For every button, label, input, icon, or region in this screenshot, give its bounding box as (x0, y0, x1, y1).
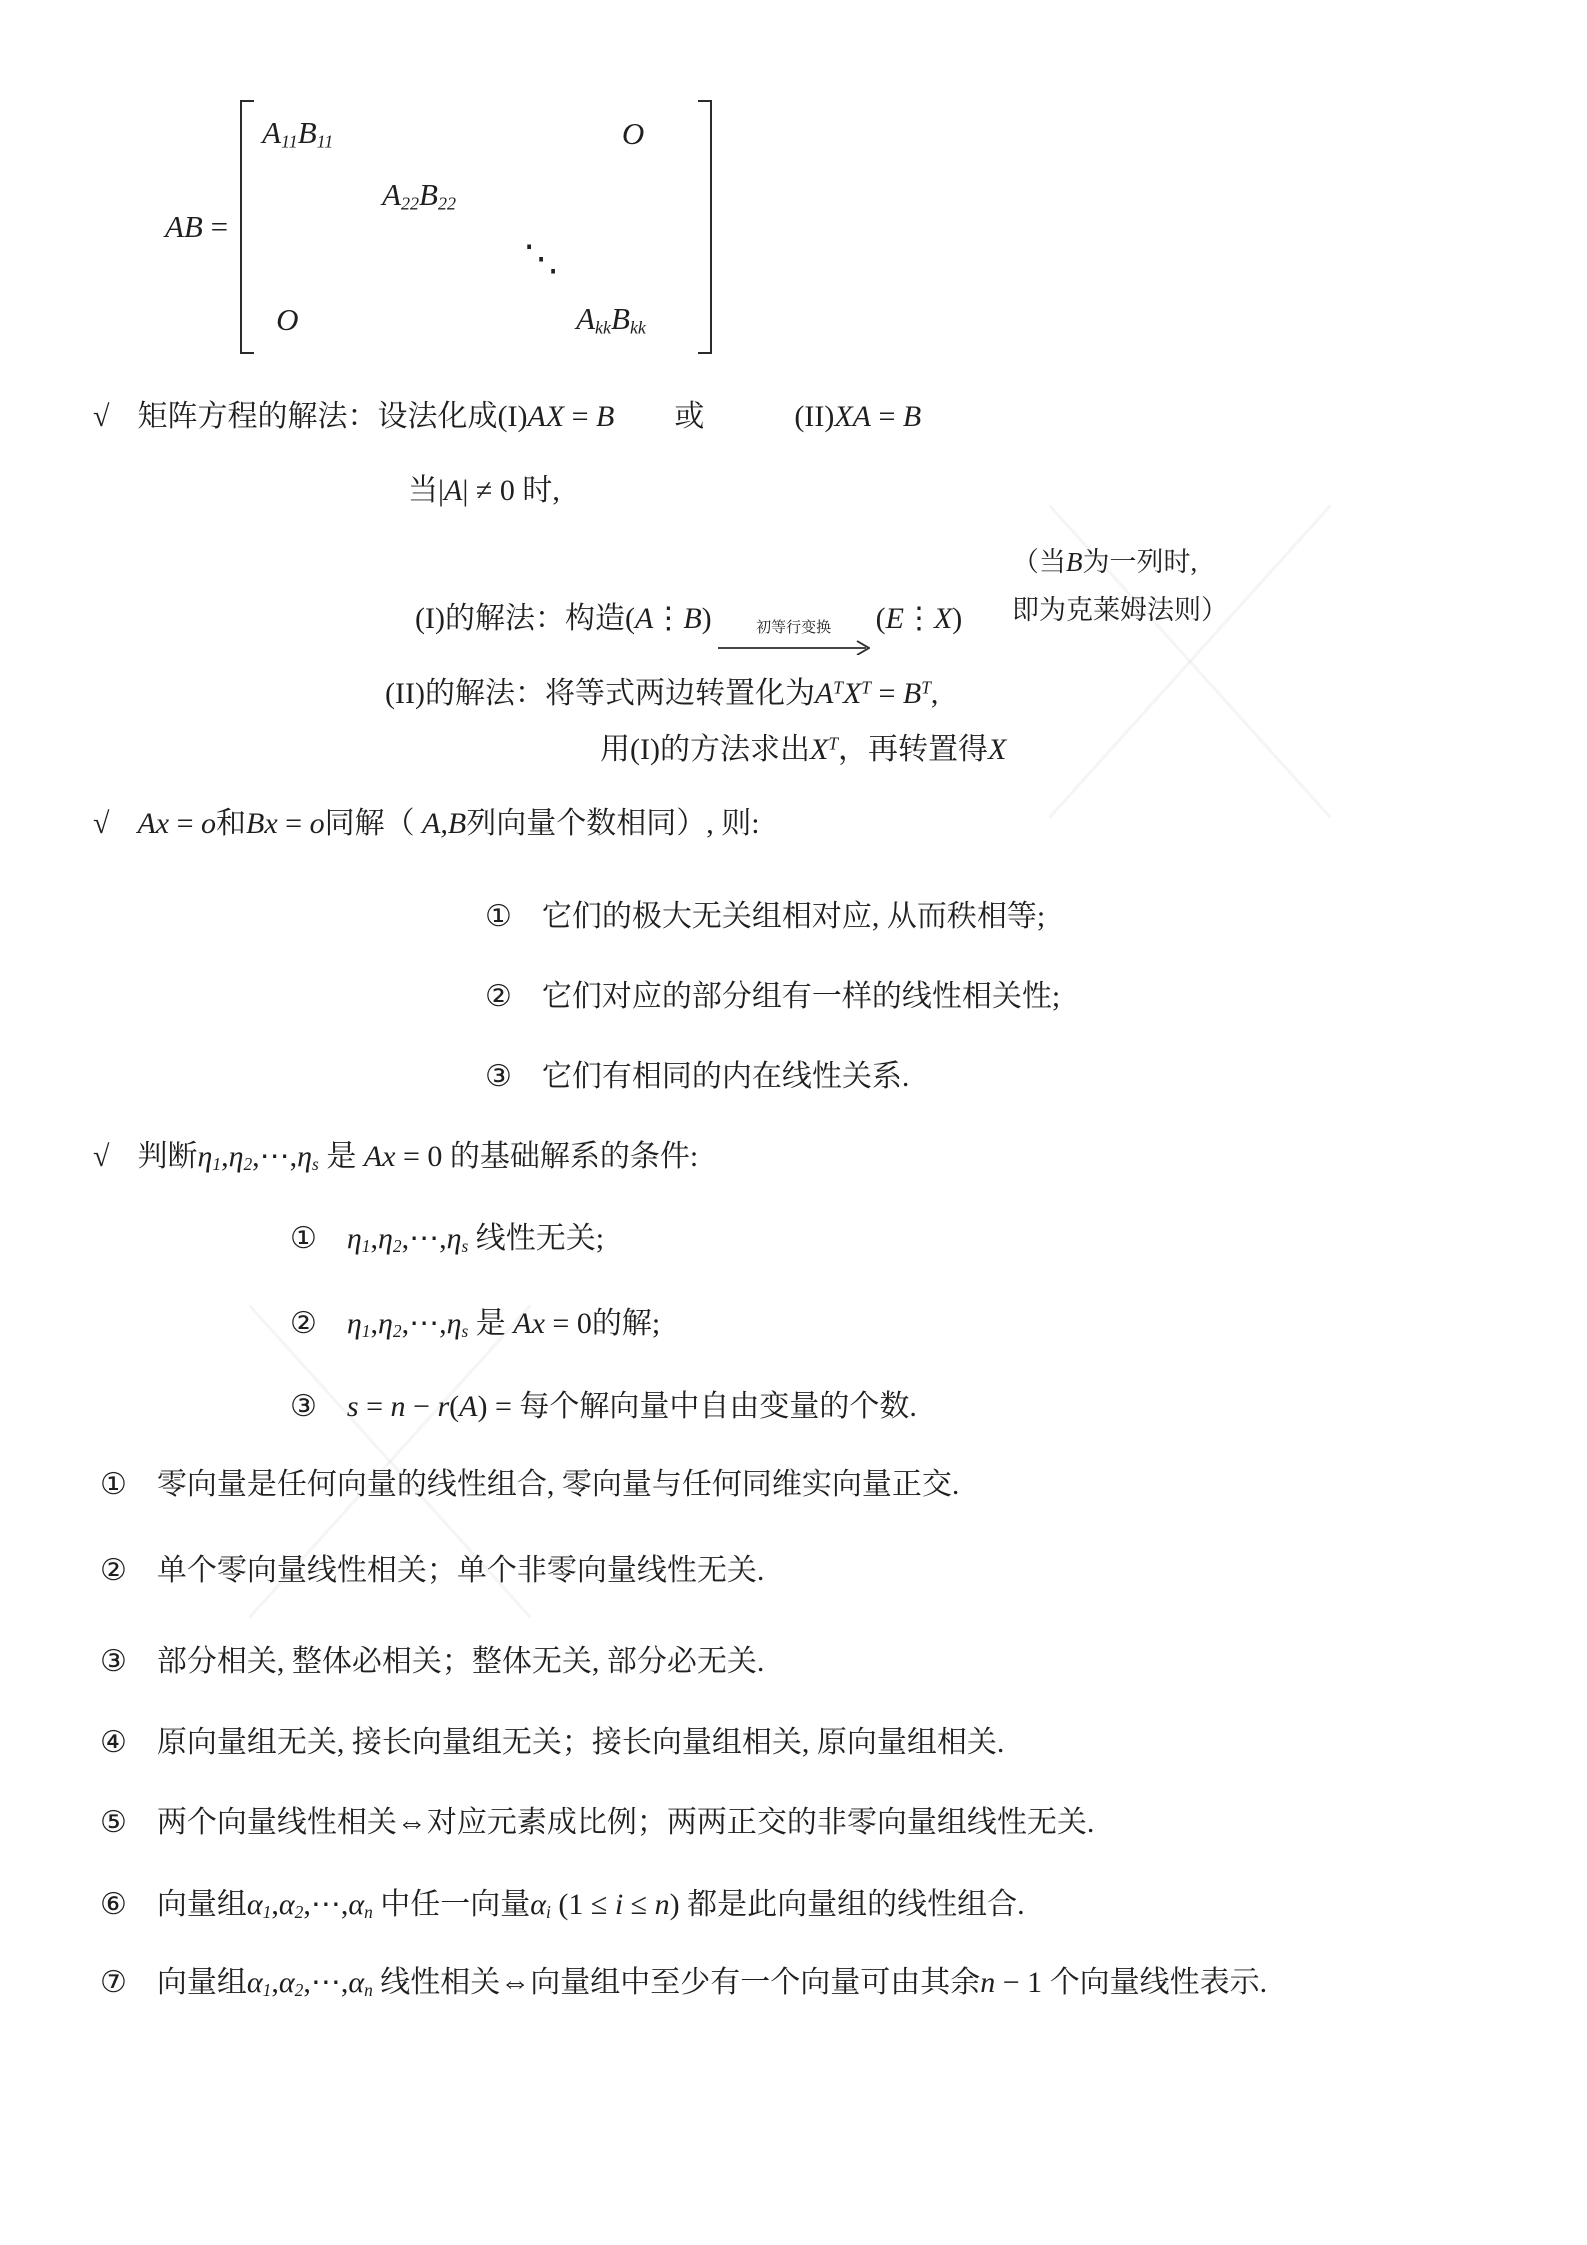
text-segment: ) (702, 602, 712, 635)
text-segment: = (278, 807, 310, 840)
math-segment: B (298, 115, 317, 150)
basis-condition-3: ③s = n − r(A) = 每个解向量中自由变量的个数. (290, 1388, 917, 1426)
text-segment: (II) (794, 400, 834, 433)
math-segment: α (348, 1966, 364, 1999)
math-segment: AB (165, 209, 203, 244)
text-segment: = 0 (545, 1307, 592, 1340)
text-segment: , (221, 1140, 229, 1173)
math-segment: α (247, 1966, 263, 1999)
text-segment: 和 (216, 807, 246, 840)
same-solution-header-line: √Ax = o和Bx = o同解（ A,B列向量个数相同）, 则: (93, 805, 760, 843)
text-segment: = (871, 677, 903, 710)
method-one-line: (I)的解法：构造(A⋮B)初等行变换(E⋮X) (385, 562, 962, 692)
math-segment: A (382, 177, 401, 212)
math-segment: X (934, 602, 952, 635)
block-diagonal-matrix-formula: AB = A11B11 O A22B22 ⋱ O AkkBkk (165, 100, 712, 354)
arrow-label: 初等行变换 (756, 621, 831, 636)
text-segment: 每个解向量中自由变量的个数. (519, 1390, 917, 1423)
arrow-icon (718, 639, 870, 655)
basis-conditions-header-line: √判断η1,η2,⋯,ηs 是 Ax = 0 的基础解系的条件: (93, 1138, 698, 1176)
math-segment: η (229, 1140, 244, 1173)
text-segment: = (564, 400, 596, 433)
math-segment: AX (527, 400, 564, 433)
math-segment: XA (834, 400, 871, 433)
property-item-7: ⑦向量组α1,α2,⋯,αn 线性相关⇔向量组中至少有一个向量可由其余n − 1… (100, 1964, 1267, 2002)
row-transform-arrow: 初等行变换 (718, 621, 870, 655)
text-segment: 它们有相同的内在线性关系. (542, 1060, 910, 1093)
text-segment: 个向量线性表示. (1050, 1966, 1268, 1999)
text-segment: ( (876, 602, 886, 635)
math-segment: A (576, 301, 595, 336)
text-segment: ,⋯, (303, 1888, 348, 1921)
superscript-segment: T (861, 677, 871, 697)
text-segment: 零向量是任何向量的线性组合, 零向量与任何同维实向量正交. (157, 1468, 960, 1501)
math-segment: η (378, 1307, 393, 1340)
text-segment: 部分相关, 整体必相关；整体无关, 部分必无关. (157, 1645, 765, 1678)
text-segment: ⋮ (653, 602, 683, 635)
math-segment: α (279, 1888, 295, 1921)
subscript-segment: 2 (243, 1154, 252, 1174)
subscript-segment: 22 (438, 194, 456, 214)
property-item-3: ③部分相关, 整体必相关；整体无关, 部分必无关. (100, 1643, 764, 1681)
text-segment: − (406, 1390, 438, 1423)
circled-number: ② (485, 980, 512, 1013)
text-segment: 单个零向量线性相关；单个非零向量线性无关. (157, 1554, 765, 1587)
subscript-segment: 1 (362, 1321, 371, 1341)
text-segment: 用(I)的方法求出 (600, 733, 810, 766)
subscript-segment: 22 (401, 194, 419, 214)
matrix-cell: AkkBkk (576, 301, 646, 338)
text-segment: （当 (1012, 547, 1066, 577)
matrix-cell: A22B22 (382, 177, 456, 214)
text-segment: = 0 (395, 1140, 449, 1173)
subscript-segment: kk (630, 318, 646, 338)
circled-number: ① (100, 1468, 127, 1501)
text-segment: , (271, 1888, 279, 1921)
math-segment: η (347, 1307, 362, 1340)
text-segment: (II)的解法：将等式两边转置化为 (385, 677, 815, 710)
text-segment: 时, (522, 474, 560, 507)
math-segment: O (622, 116, 644, 151)
text-segment: 都是此向量组的线性组合. (687, 1888, 1025, 1921)
text-segment: 同解（ (325, 807, 423, 840)
circled-number: ① (290, 1222, 317, 1255)
text-segment: 即为克莱姆法则） (1012, 595, 1228, 625)
math-segment: X (810, 733, 828, 766)
text-segment: = (359, 1390, 391, 1423)
matrix-cell: O (622, 116, 644, 152)
cramer-note-line-1: （当B为一列时, (1012, 540, 1197, 579)
text-segment: − 1 (995, 1966, 1049, 1999)
matrix-cell: A11B11 (262, 115, 333, 152)
line-parts: (E⋮X) (876, 602, 963, 635)
text-segment: ,⋯, (303, 1966, 348, 1999)
text-segment: 当 (408, 474, 438, 507)
math-segment: α (530, 1888, 546, 1921)
math-segment: α (279, 1966, 295, 1999)
circled-number: ⑤ (100, 1806, 127, 1839)
subscript-segment: 2 (295, 1902, 304, 1922)
math-segment: B (903, 677, 921, 710)
text-segment: ，再转置得 (838, 733, 988, 766)
same-solution-item-3: ③它们有相同的内在线性关系. (485, 1058, 909, 1096)
math-segment: η (347, 1222, 362, 1255)
math-segment: B (1066, 547, 1083, 577)
text-segment: 向量组 (157, 1888, 247, 1921)
circled-number: ③ (290, 1390, 317, 1423)
left-bracket (240, 100, 254, 354)
subscript-segment: n (364, 1902, 373, 1922)
circled-number: ⑦ (100, 1966, 127, 1999)
same-solution-item-2: ②它们对应的部分组有一样的线性相关性; (485, 978, 1060, 1016)
check-mark: √ (93, 400, 109, 433)
math-segment: A (262, 115, 281, 150)
property-item-5: ⑤两个向量线性相关⇔对应元素成比例；两两正交的非零向量组线性无关. (100, 1804, 1094, 1842)
subscript-segment: 11 (317, 132, 334, 152)
subscript-segment: s (312, 1154, 319, 1174)
text-segment: ≤ (623, 1888, 654, 1921)
math-segment: X (988, 733, 1006, 766)
math-segment: A (444, 474, 462, 507)
text-segment: ,⋯, (402, 1222, 447, 1255)
text-segment: 列向量个数相同）, 则: (466, 807, 759, 840)
math-segment: Ax (137, 807, 169, 840)
math-segment: η (378, 1222, 393, 1255)
math-segment: n (980, 1966, 995, 1999)
text-segment: 判断 (137, 1140, 197, 1173)
math-segment: η (297, 1140, 312, 1173)
subscript-segment: 1 (362, 1236, 371, 1256)
method-two-line-1: (II)的解法：将等式两边转置化为ATXT = BT, (385, 675, 938, 713)
superscript-segment: T (921, 677, 931, 697)
math-segment: B (903, 400, 921, 433)
text-segment: 它们的极大无关组相对应, 从而秩相等; (542, 900, 1045, 933)
text-segment: 线性相关⇔向量组中至少有一个向量可由其余 (373, 1966, 981, 1999)
math-segment: B (683, 602, 701, 635)
math-segment: s (347, 1390, 359, 1423)
matrix-lhs: AB = (165, 209, 228, 245)
property-item-2: ②单个零向量线性相关；单个非零向量线性无关. (100, 1552, 764, 1590)
math-segment: A (815, 677, 833, 710)
line-parts: (I)的解法：构造(A⋮B) (415, 602, 712, 635)
math-segment: B (596, 400, 614, 433)
text-segment: ( (449, 1390, 459, 1423)
text-segment: ≠ 0 (468, 474, 522, 507)
basis-condition-2: ②η1,η2,⋯,ηs 是 Ax = 0的解; (290, 1305, 660, 1343)
text-segment: = (169, 807, 201, 840)
matrix-equation-header-line: √矩阵方程的解法：设法化成(I)AX = B 或 (II)XA = B (93, 398, 921, 436)
subscript-segment: 2 (393, 1236, 402, 1256)
text-segment: ,⋯, (402, 1307, 447, 1340)
math-segment: α (247, 1888, 263, 1921)
text-segment: = (871, 400, 903, 433)
text-segment: 向量组 (157, 1966, 247, 1999)
text-segment: 为一列时, (1083, 547, 1198, 577)
text-segment: , (931, 677, 939, 710)
text-segment: 是 (468, 1307, 513, 1340)
check-mark: √ (93, 1140, 109, 1173)
math-segment: η (447, 1222, 462, 1255)
circled-number: ③ (100, 1645, 127, 1678)
text-segment: ) = (477, 1390, 519, 1423)
text-segment: , (371, 1222, 379, 1255)
circled-number: ② (100, 1554, 127, 1587)
check-mark: √ (93, 807, 109, 840)
math-segment: E (886, 602, 904, 635)
superscript-segment: T (833, 677, 843, 697)
text-segment: , (371, 1307, 379, 1340)
math-segment: η (447, 1307, 462, 1340)
text-segment: 或 (614, 400, 794, 433)
matrix-cell-dots: ⋱ (523, 237, 559, 279)
math-segment: Ax (364, 1140, 396, 1173)
circled-number: ② (290, 1307, 317, 1340)
nonsingular-condition-line: 当|A| ≠ 0 时, (408, 472, 560, 510)
math-segment: A (635, 602, 653, 635)
math-segment: A,B (422, 807, 466, 840)
math-segment: o (201, 807, 216, 840)
text-segment: 两个向量线性相关⇔对应元素成比例；两两正交的非零向量组线性无关. (157, 1806, 1095, 1839)
math-segment: α (348, 1888, 364, 1921)
subscript-segment: kk (595, 318, 611, 338)
math-segment: n (391, 1390, 406, 1423)
text-segment: 线性无关; (468, 1222, 604, 1255)
text-segment: ,⋯, (252, 1140, 297, 1173)
text-segment: 的基础解系的条件: (450, 1140, 698, 1173)
text-segment: (1 ≤ (551, 1888, 615, 1921)
math-segment: Bx (246, 807, 278, 840)
text-segment: 它们对应的部分组有一样的线性相关性; (542, 980, 1060, 1013)
circled-number: ④ (100, 1726, 127, 1759)
text-segment: = (203, 209, 228, 244)
text-segment: 是 (319, 1140, 364, 1173)
text-segment: ( (625, 602, 635, 635)
same-solution-item-1: ①它们的极大无关组相对应, 从而秩相等; (485, 898, 1045, 936)
property-item-4: ④原向量组无关, 接长向量组无关；接长向量组相关, 原向量组相关. (100, 1724, 1004, 1762)
text-segment: ) (952, 602, 962, 635)
math-segment: B (419, 177, 438, 212)
matrix-cell: O (262, 302, 298, 338)
math-segment: A (459, 1390, 477, 1423)
text-segment: 原向量组无关, 接长向量组无关；接长向量组相关, 原向量组相关. (157, 1726, 1005, 1759)
math-segment: r (437, 1390, 449, 1423)
math-segment: o (310, 807, 325, 840)
subscript-segment: 11 (281, 132, 298, 152)
math-segment: B (611, 301, 630, 336)
right-bracket (698, 100, 712, 354)
text-segment: , (271, 1966, 279, 1999)
math-segment: O (276, 302, 298, 337)
superscript-segment: T (828, 733, 838, 753)
text-segment: ) (670, 1888, 688, 1921)
subscript-segment: n (364, 1980, 373, 2000)
math-segment: η (197, 1140, 212, 1173)
math-segment: i (615, 1888, 623, 1921)
text-segment: 中任一向量 (373, 1888, 531, 1921)
text-segment: 矩阵方程的解法：设法化成(I) (137, 400, 527, 433)
matrix-grid: A11B11 O A22B22 ⋱ O AkkBkk (254, 103, 698, 351)
text-segment: ⋱ (523, 238, 559, 278)
document-page: AB = A11B11 O A22B22 ⋱ O AkkBkk √矩阵方程的解法… (0, 0, 1587, 2245)
math-segment: Ax (513, 1307, 545, 1340)
property-item-6: ⑥向量组α1,α2,⋯,αn 中任一向量αi (1 ≤ i ≤ n) 都是此向量… (100, 1886, 1025, 1924)
subscript-segment: 2 (393, 1321, 402, 1341)
subscript-segment: 2 (295, 1980, 304, 2000)
circled-number: ⑥ (100, 1888, 127, 1921)
text-segment: (I)的解法：构造 (415, 602, 625, 635)
text-segment: 的解; (592, 1307, 660, 1340)
math-segment: n (655, 1888, 670, 1921)
method-two-line-2: 用(I)的方法求出XT，再转置得X (600, 731, 1006, 769)
circled-number: ③ (485, 1060, 512, 1093)
basis-condition-1: ①η1,η2,⋯,ηs 线性无关; (290, 1220, 604, 1258)
math-segment: X (843, 677, 861, 710)
text-segment: ⋮ (904, 602, 934, 635)
subscript-segment: 1 (212, 1154, 221, 1174)
cramer-note-line-2: 即为克莱姆法则） (1012, 588, 1228, 627)
circled-number: ① (485, 900, 512, 933)
property-item-1: ①零向量是任何向量的线性组合, 零向量与任何同维实向量正交. (100, 1466, 959, 1504)
